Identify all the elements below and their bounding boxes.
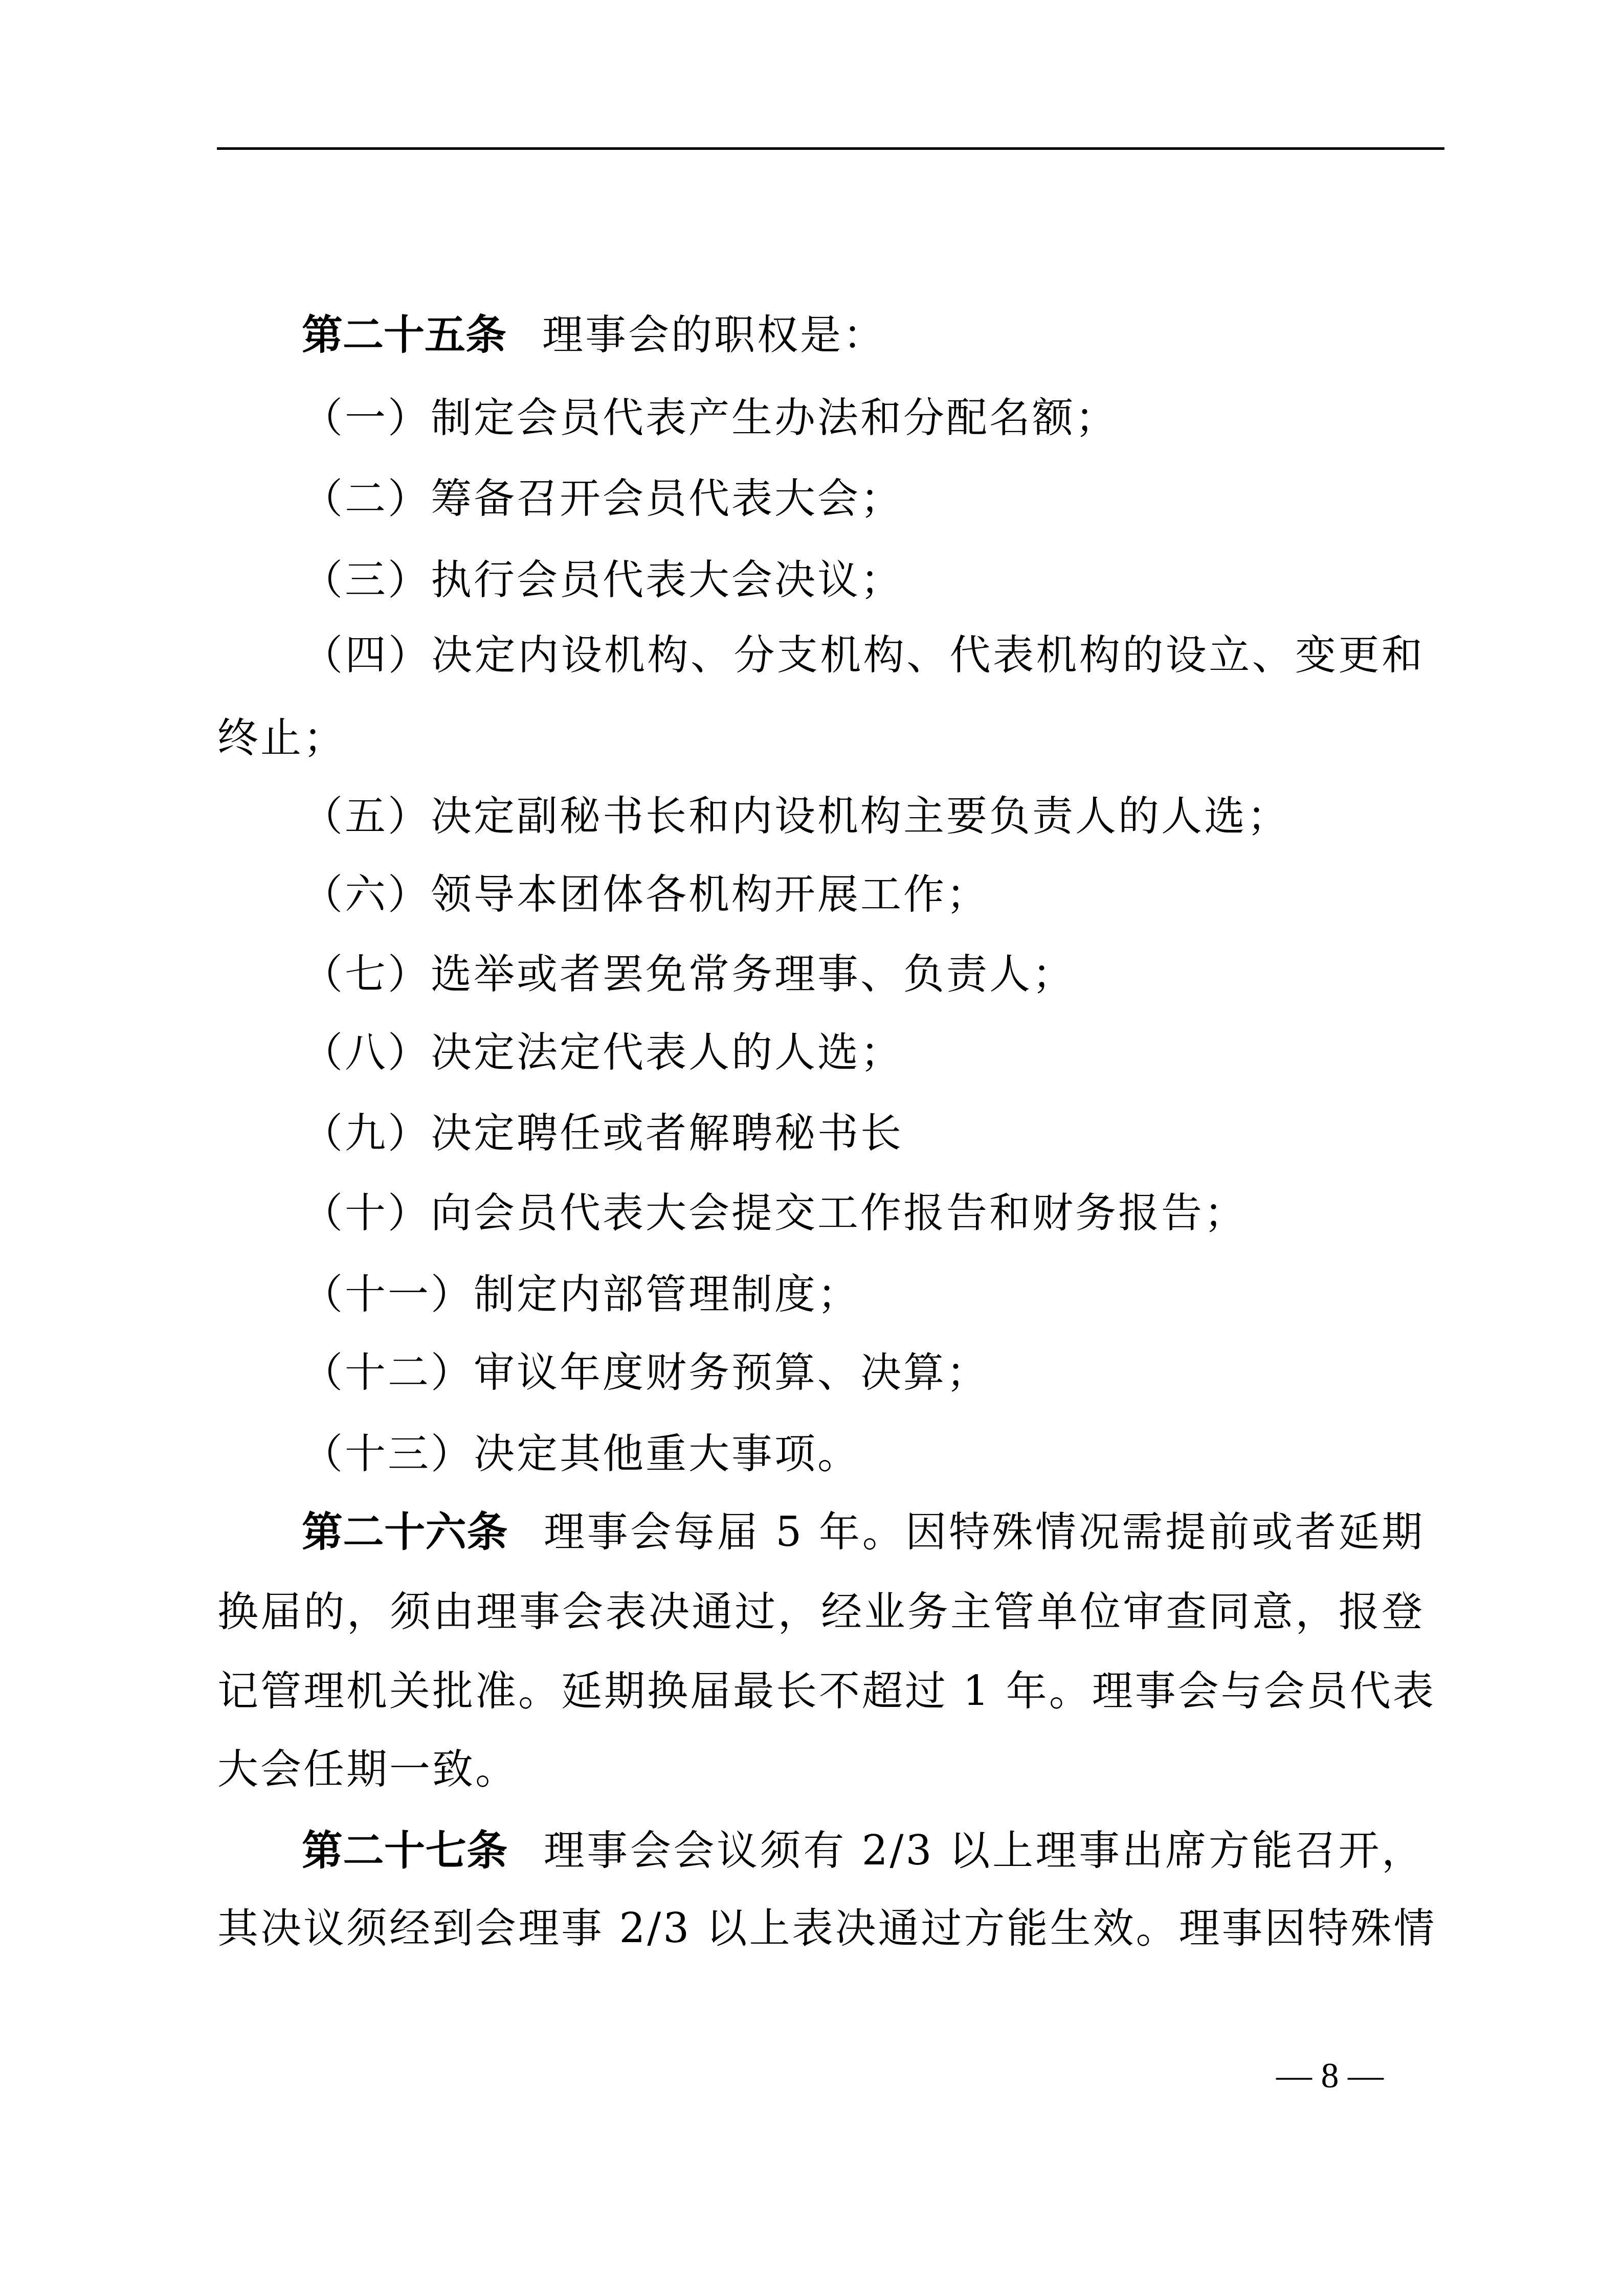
article-25-heading: 第二十五条理事会的职权是：	[302, 309, 1425, 361]
paragraph-line: 记管理机关批准。延期换届最长不超过 1 年。理事会与会员代表	[217, 1665, 1425, 1717]
article-26-heading: 第二十六条理事会每届 5 年。因特殊情况需提前或者延期	[302, 1506, 1425, 1558]
paragraph-line: 大会任期一致。	[217, 1744, 1425, 1795]
paragraph-line: 换届的，须由理事会表决通过，经业务主管单位审查同意，报登	[217, 1586, 1425, 1637]
list-item: （十二）审议年度财务预算、决算；	[302, 1347, 1425, 1398]
article-text: 理事会的职权是：	[542, 311, 886, 358]
list-item: （一）制定会员代表产生办法和分配名额；	[302, 392, 1425, 443]
paragraph-line: 其决议须经到会理事 2/3 以上表决通过方能生效。理事因特殊情	[217, 1903, 1425, 1954]
header-rule	[217, 147, 1444, 150]
list-item: （五）决定副秘书长和内设机构主要负责人的人选；	[302, 791, 1425, 842]
article-text: 理事会会议须有 2/3 以上理事出席方能召开，	[544, 1827, 1425, 1874]
article-text: 理事会每届 5 年。因特殊情况需提前或者延期	[544, 1508, 1425, 1556]
list-item: （九）决定聘任或者解聘秘书长	[302, 1108, 1425, 1159]
list-item: （二）筹备召开会员代表大会；	[302, 473, 1425, 524]
list-item: （十）向会员代表大会提交工作报告和财务报告；	[302, 1187, 1425, 1239]
list-item: （十三）决定其他重大事项。	[302, 1428, 1425, 1479]
article-number: 第二十六条	[302, 1508, 508, 1556]
article-number: 第二十七条	[302, 1827, 508, 1874]
list-item: （六）领导本团体各机构开展工作；	[302, 869, 1425, 920]
list-item: （三）执行会员代表大会决议；	[302, 554, 1425, 605]
article-27-heading: 第二十七条理事会会议须有 2/3 以上理事出席方能召开，	[302, 1825, 1425, 1876]
list-item-continuation: 终止；	[217, 712, 1425, 763]
list-item: （八）决定法定代表人的人选；	[302, 1027, 1425, 1078]
page-number: — 8 —	[1248, 2056, 1412, 2097]
list-item: （四）决定内设机构、分支机构、代表机构的设立、变更和	[302, 629, 1425, 681]
article-number: 第二十五条	[302, 311, 506, 358]
list-item: （十一）制定内部管理制度；	[302, 1269, 1425, 1320]
list-item: （七）选举或者罢免常务理事、负责人；	[302, 949, 1425, 1000]
